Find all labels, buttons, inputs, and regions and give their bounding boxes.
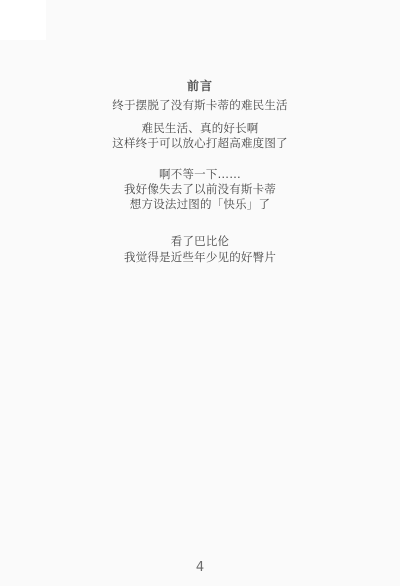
preface-paragraph: 看了巴比伦 我觉得是近些年少见的好臀片 bbox=[0, 233, 400, 265]
preface-line: 我觉得是近些年少见的好臀片 bbox=[0, 249, 400, 265]
preface-paragraph: 啊不等一下…… 我好像失去了以前没有斯卡蒂 想方设法过图的「快乐」了 bbox=[0, 167, 400, 212]
preface-line: 想方设法过图的「快乐」了 bbox=[0, 197, 400, 212]
preface-line: 这样终于可以放心打超高难度图了 bbox=[0, 136, 400, 151]
scan-edge-artifact bbox=[0, 0, 46, 40]
preface-line: 终于摆脱了没有斯卡蒂的难民生活 bbox=[0, 98, 400, 113]
page-number: 4 bbox=[0, 560, 400, 575]
scanned-document-page: 前言 终于摆脱了没有斯卡蒂的难民生活 难民生活、真的好长啊 这样终于可以放心打超… bbox=[0, 0, 400, 586]
preface-line: 啊不等一下…… bbox=[0, 167, 400, 182]
preface-line: 难民生活、真的好长啊 bbox=[0, 121, 400, 136]
preface-title: 前言 bbox=[0, 77, 400, 94]
preface-line: 我好像失去了以前没有斯卡蒂 bbox=[0, 182, 400, 197]
preface-paragraph: 终于摆脱了没有斯卡蒂的难民生活 bbox=[0, 98, 400, 113]
preface-line: 看了巴比伦 bbox=[0, 233, 400, 249]
preface-paragraph: 难民生活、真的好长啊 这样终于可以放心打超高难度图了 bbox=[0, 121, 400, 151]
